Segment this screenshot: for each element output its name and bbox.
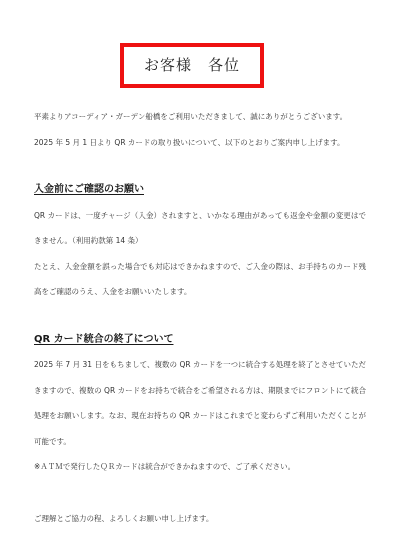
body-paragraph-check-balance: たとえ、入金金額を誤った場合でも対応はできかねますので、ご入金の際は、お手持ちの… [34,254,366,305]
closing-line: ご理解とご協力の程、よろしくお願い申し上げます。 [34,506,366,532]
document-content: 平素よりアコーディア・ガーデン船橋をご利用いただきまして、誠にありがとうございま… [0,104,400,531]
section-heading-deposit-confirmation: 入金前にご確認のお願い [34,177,366,203]
notice-title-box: お客様 各位 [120,43,264,88]
intro-paragraph-announcement: 2025 年 5 月 1 日より QR カードの取り扱いについて、以下のとおりご… [34,130,366,156]
document-page: お客様 各位 平素よりアコーディア・ガーデン船橋をご利用いただきまして、誠にあり… [0,0,400,549]
intro-block: 平素よりアコーディア・ガーデン船橋をご利用いただきまして、誠にありがとうございま… [34,104,366,155]
notice-title: お客様 各位 [144,56,240,74]
closing-block: ご理解とご協力の程、よろしくお願い申し上げます。 [34,506,366,532]
note-line-atm-cards: ※ＡＴＭで発行したＱＲカードは統合ができかねますので、ご了承ください。 [34,454,366,480]
body-paragraph-no-refund: QR カードは、一度チャージ（入金）されますと、いかなる理由があっても返金や金額… [34,203,366,254]
body-paragraph-merge-deadline: 2025 年 7 月 31 日をもちまして、複数の QR カードを一つに統合する… [34,352,366,454]
section-heading-card-merge-end: QR カード統合の終了について [34,327,366,353]
intro-paragraph-greeting: 平素よりアコーディア・ガーデン船橋をご利用いただきまして、誠にありがとうございま… [34,104,366,130]
